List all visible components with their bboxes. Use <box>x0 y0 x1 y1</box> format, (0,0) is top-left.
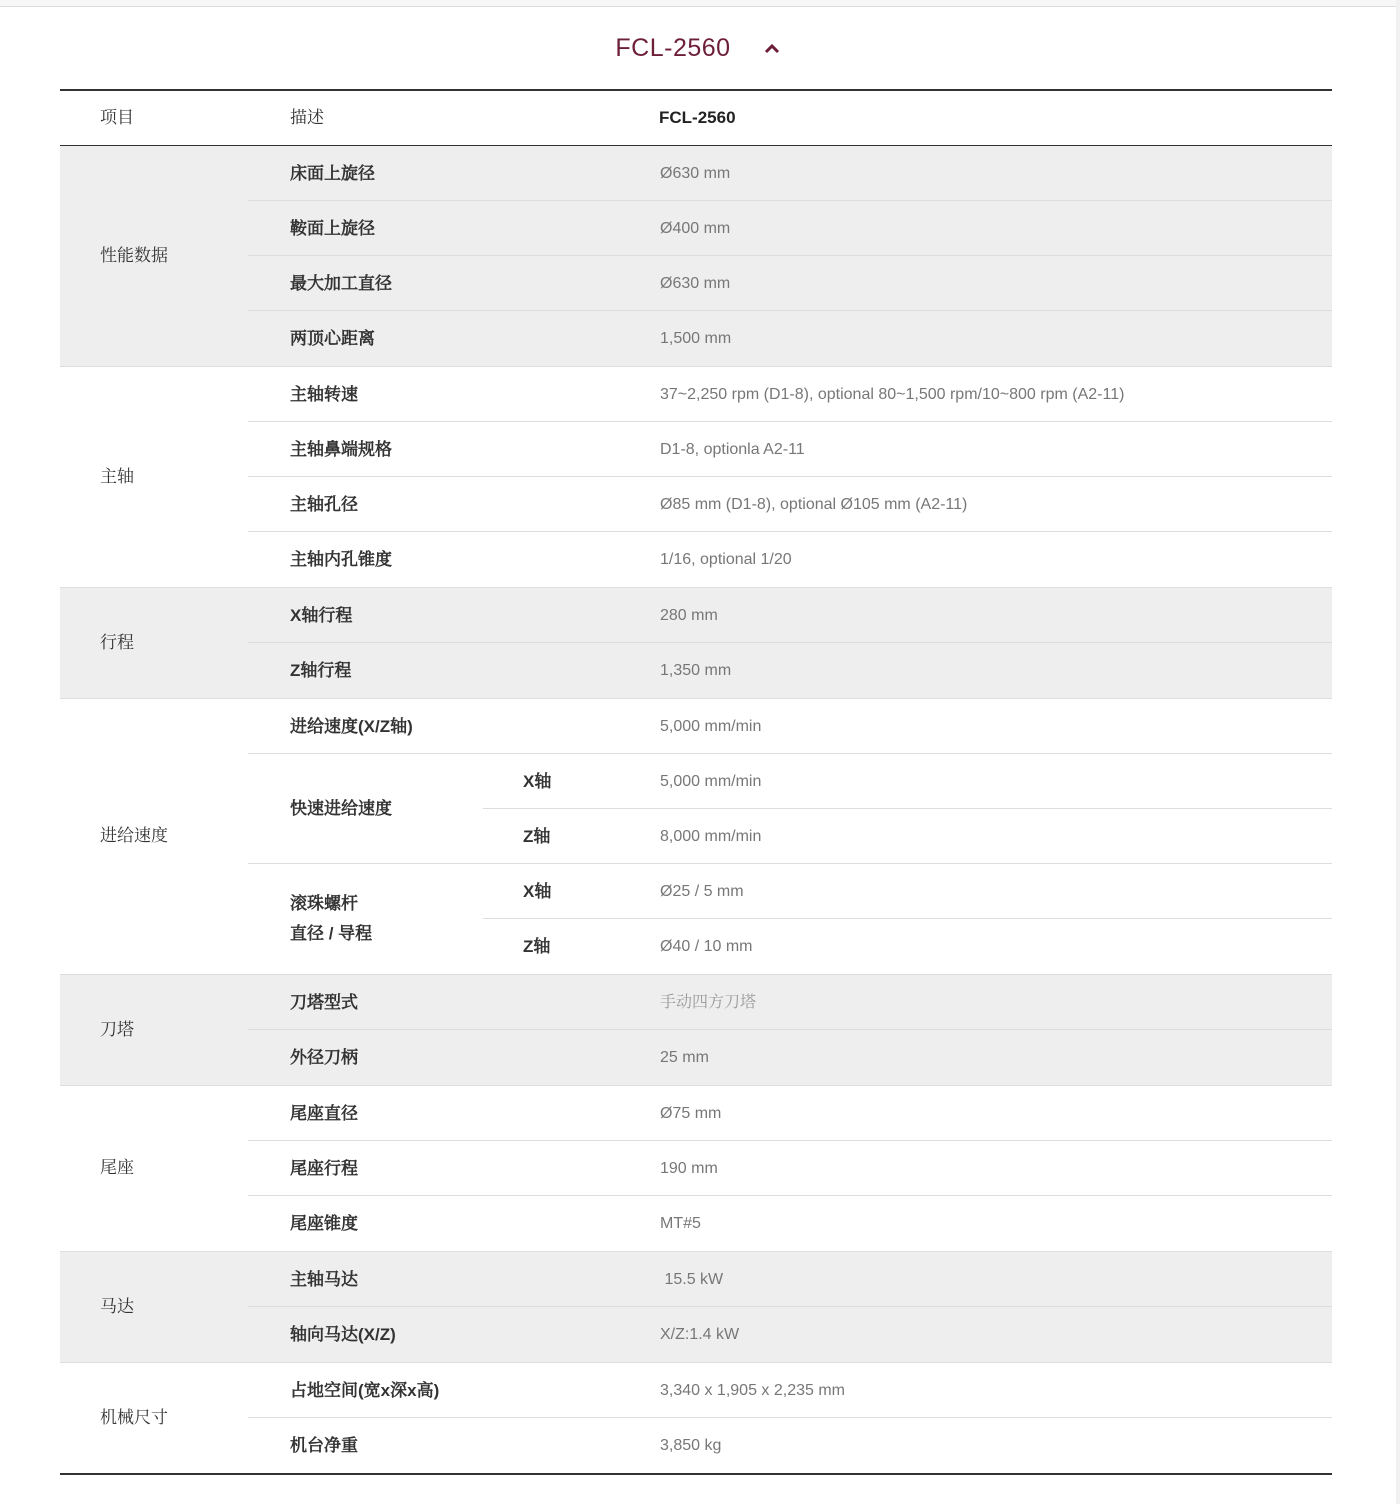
row-desc: 尾座直径 <box>290 1086 358 1141</box>
axis-label: Z轴 <box>523 919 550 974</box>
table-row: 主轴内孔锥度1/16, optional 1/20 <box>60 532 1332 587</box>
row-desc: Z轴行程 <box>290 643 351 698</box>
row-desc: 主轴马达 <box>290 1252 358 1307</box>
row-value: X/Z:1.4 kW <box>660 1307 739 1362</box>
table-row: 刀塔型式手动四方刀塔 <box>60 975 1332 1030</box>
row-value: Ø630 mm <box>660 146 730 201</box>
row-value: Ø75 mm <box>660 1086 721 1141</box>
row-value: 3,340 x 1,905 x 2,235 mm <box>660 1363 845 1418</box>
group-spindle: 主轴 主轴转速37~2,250 rpm (D1-8), optional 80~… <box>60 367 1332 587</box>
row-desc: 床面上旋径 <box>290 146 375 201</box>
row-desc: 主轴内孔锥度 <box>290 532 392 587</box>
row-value: 手动四方刀塔 <box>660 975 756 1030</box>
table-header: 项目 描述 FCL-2560 <box>60 91 1332 146</box>
table-row: 外径刀柄25 mm <box>60 1030 1332 1085</box>
row-value: MT#5 <box>660 1196 701 1251</box>
row-desc: 占地空间(宽x深x高) <box>290 1363 439 1418</box>
row-desc: X轴行程 <box>290 588 352 643</box>
row-value: 5,000 mm/min <box>660 699 761 754</box>
group-feed-rate: 进给速度 进给速度(X/Z轴)5,000 mm/min 快速进给速度 X轴5,0… <box>60 699 1332 974</box>
axis-label: X轴 <box>523 864 551 919</box>
row-desc: 主轴孔径 <box>290 477 358 532</box>
group-dimensions: 机械尺寸 占地空间(宽x深x高)3,340 x 1,905 x 2,235 mm… <box>60 1363 1332 1473</box>
row-desc: 主轴鼻端规格 <box>290 422 392 477</box>
header-model: FCL-2560 <box>659 91 736 145</box>
subgroup-ballscrew: 滚珠螺杆 直径 / 导程 X轴Ø25 / 5 mm Z轴Ø40 / 10 mm <box>60 864 1332 974</box>
row-value: Ø630 mm <box>660 256 730 311</box>
spec-section-header[interactable]: FCL-2560 <box>0 7 1396 89</box>
header-description: 描述 <box>290 91 324 145</box>
table-row: X轴行程280 mm <box>60 588 1332 643</box>
table-row: 主轴孔径Ø85 mm (D1-8), optional Ø105 mm (A2-… <box>60 477 1332 532</box>
axis-label: X轴 <box>523 754 551 809</box>
row-value: 15.5 kW <box>660 1252 723 1307</box>
axis-label: Z轴 <box>523 809 550 864</box>
group-tailstock: 尾座 尾座直径Ø75 mm 尾座行程190 mm 尾座锥度MT#5 <box>60 1086 1332 1251</box>
table-row: 尾座锥度MT#5 <box>60 1196 1332 1251</box>
table-row: 主轴鼻端规格D1-8, optionla A2-11 <box>60 422 1332 477</box>
table-row: 鞍面上旋径Ø400 mm <box>60 201 1332 256</box>
table-row: 尾座行程190 mm <box>60 1141 1332 1196</box>
top-strip <box>0 0 1400 7</box>
group-motor: 马达 主轴马达 15.5 kW 轴向马达(X/Z)X/Z:1.4 kW <box>60 1252 1332 1362</box>
chevron-up-icon[interactable] <box>763 41 781 55</box>
table-row: 尾座直径Ø75 mm <box>60 1086 1332 1141</box>
row-value: Ø25 / 5 mm <box>660 864 744 919</box>
row-value: Ø400 mm <box>660 201 730 256</box>
table-row: Z轴8,000 mm/min <box>60 809 1332 864</box>
table-row: 占地空间(宽x深x高)3,340 x 1,905 x 2,235 mm <box>60 1363 1332 1418</box>
row-value: 8,000 mm/min <box>660 809 761 864</box>
table-row: Z轴Ø40 / 10 mm <box>60 919 1332 974</box>
row-value: 1/16, optional 1/20 <box>660 532 792 587</box>
row-value: 3,850 kg <box>660 1418 721 1473</box>
group-performance: 性能数据 床面上旋径Ø630 mm 鞍面上旋径Ø400 mm 最大加工直径Ø63… <box>60 146 1332 366</box>
table-row: 主轴马达 15.5 kW <box>60 1252 1332 1307</box>
row-desc: 主轴转速 <box>290 367 358 422</box>
group-turret: 刀塔 刀塔型式手动四方刀塔 外径刀柄25 mm <box>60 975 1332 1085</box>
model-title: FCL-2560 <box>615 34 730 63</box>
row-desc: 机台净重 <box>290 1418 358 1473</box>
header-item: 项目 <box>100 91 134 145</box>
row-desc: 进给速度(X/Z轴) <box>290 699 413 754</box>
table-row: 最大加工直径Ø630 mm <box>60 256 1332 311</box>
row-value: Ø85 mm (D1-8), optional Ø105 mm (A2-11) <box>660 477 967 532</box>
table-row: 进给速度(X/Z轴)5,000 mm/min <box>60 699 1332 754</box>
subgroup-rapid-feed: 快速进给速度 X轴5,000 mm/min Z轴8,000 mm/min <box>60 754 1332 864</box>
table-row: X轴5,000 mm/min <box>60 754 1332 809</box>
row-value: D1-8, optionla A2-11 <box>660 422 805 477</box>
table-row: 机台净重3,850 kg <box>60 1418 1332 1473</box>
row-value: 25 mm <box>660 1030 709 1085</box>
table-row: 主轴转速37~2,250 rpm (D1-8), optional 80~1,5… <box>60 367 1332 422</box>
row-value: 1,500 mm <box>660 311 731 366</box>
table-row: X轴Ø25 / 5 mm <box>60 864 1332 919</box>
scrollbar[interactable] <box>1396 0 1400 1504</box>
row-desc: 外径刀柄 <box>290 1030 358 1085</box>
row-value: 37~2,250 rpm (D1-8), optional 80~1,500 r… <box>660 367 1124 422</box>
row-value: Ø40 / 10 mm <box>660 919 752 974</box>
row-value: 280 mm <box>660 588 718 643</box>
row-desc: 刀塔型式 <box>290 975 358 1030</box>
row-desc: 最大加工直径 <box>290 256 392 311</box>
table-row: 轴向马达(X/Z)X/Z:1.4 kW <box>60 1307 1332 1362</box>
table-row: 两顶心距离1,500 mm <box>60 311 1332 366</box>
row-value: 5,000 mm/min <box>660 754 761 809</box>
spec-table: 项目 描述 FCL-2560 性能数据 床面上旋径Ø630 mm 鞍面上旋径Ø4… <box>60 89 1332 1475</box>
group-travel: 行程 X轴行程280 mm Z轴行程1,350 mm <box>60 588 1332 698</box>
row-desc: 尾座行程 <box>290 1141 358 1196</box>
row-desc: 轴向马达(X/Z) <box>290 1307 396 1362</box>
row-value: 190 mm <box>660 1141 718 1196</box>
row-desc: 两顶心距离 <box>290 311 375 366</box>
table-row: 床面上旋径Ø630 mm <box>60 146 1332 201</box>
row-desc: 尾座锥度 <box>290 1196 358 1251</box>
table-row: Z轴行程1,350 mm <box>60 643 1332 698</box>
row-desc: 鞍面上旋径 <box>290 201 375 256</box>
row-value: 1,350 mm <box>660 643 731 698</box>
